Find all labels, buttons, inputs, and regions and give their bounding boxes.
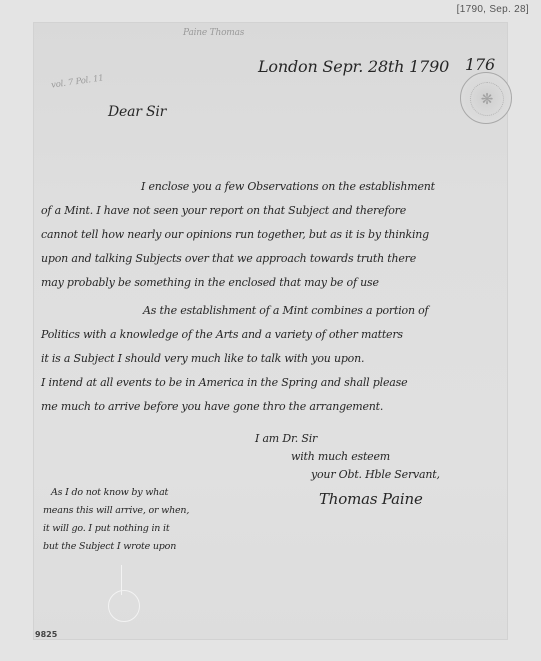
closing-line: I am Dr. Sir [255, 432, 317, 445]
paragraph-1-line: of a Mint. I have not seen your report o… [41, 204, 406, 217]
postscript-line: but the Subject I wrote upon [43, 541, 176, 552]
paragraph-2-line: me much to arrive before you have gone t… [41, 400, 383, 413]
postscript-line: means this will arrive, or when, [43, 505, 189, 516]
postscript-line: As I do not know by what [51, 487, 168, 498]
archive-date-note: [1790, Sep. 28] [457, 4, 529, 15]
paragraph-2-line: I intend at all events to be in America … [41, 376, 407, 389]
catalog-stamp: 9825 [35, 630, 57, 639]
paragraph-1-line: I enclose you a few Observations on the … [141, 180, 435, 193]
letter-page: Paine Thomas London Sepr. 28th 1790 176 … [33, 22, 508, 640]
paragraph-2-line: it is a Subject I should very much like … [41, 352, 364, 365]
paragraph-2-line: Politics with a knowledge of the Arts an… [41, 328, 403, 341]
paragraph-1-line: cannot tell how nearly our opinions run … [41, 228, 429, 241]
postscript-line: it will go. I put nothing in it [43, 523, 170, 534]
closing-line: your Obt. Hble Servant, [311, 468, 440, 481]
eagle-seal-icon: ❋ [470, 82, 504, 116]
salutation: Dear Sir [108, 104, 166, 120]
paragraph-2-line: As the establishment of a Mint combines … [143, 304, 428, 317]
margin-note: vol. 7 Pol. 11 [51, 73, 105, 90]
closing-line: with much esteem [291, 450, 390, 463]
library-seal: ❋ [460, 72, 512, 124]
catalog-name-note: Paine Thomas [183, 28, 244, 38]
faint-mark [108, 590, 140, 622]
folio-number: 176 [465, 55, 495, 74]
paragraph-1-line: upon and talking Subjects over that we a… [41, 252, 416, 265]
paragraph-1-line: may probably be something in the enclose… [41, 276, 379, 289]
signature: Thomas Paine [319, 490, 423, 508]
place-date-line: London Sepr. 28th 1790 [258, 57, 449, 76]
